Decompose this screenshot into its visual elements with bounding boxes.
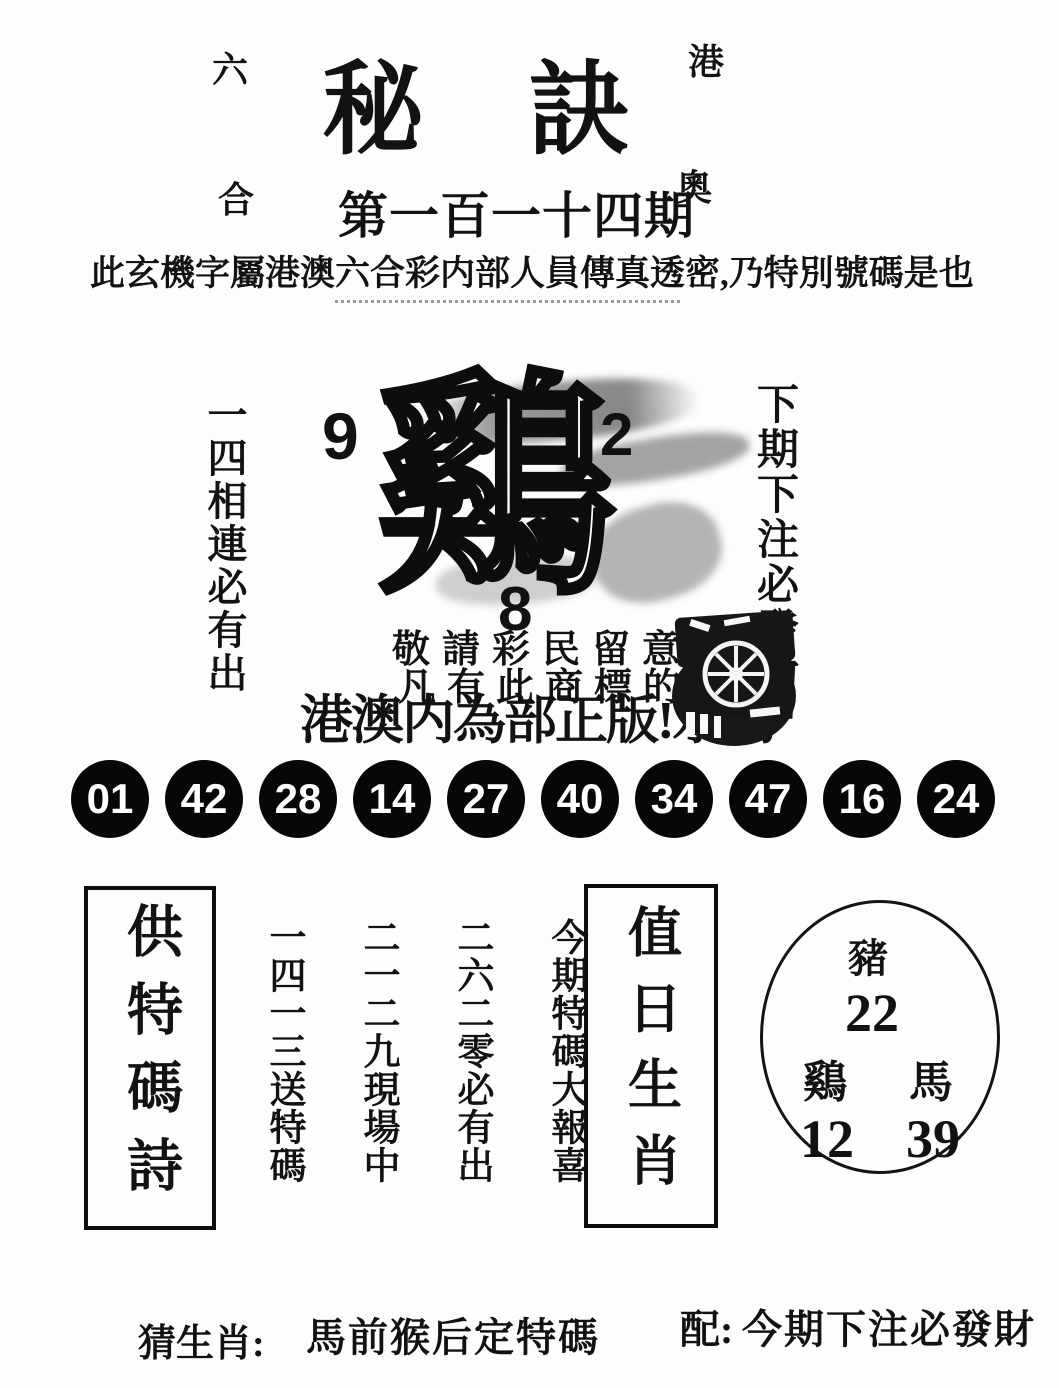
guess-zodiac-label: 猜生肖:	[138, 1312, 265, 1367]
lottery-number-ball: 14	[353, 760, 431, 838]
zodiac-horse-number: 39	[906, 1108, 960, 1170]
pair-label: 配:	[680, 1298, 733, 1355]
lottery-number-ball: 34	[635, 760, 713, 838]
zodiac-rooster-number: 12	[800, 1108, 854, 1170]
page-title: 秘訣	[322, 58, 734, 165]
duty-zodiac-box-label: 值日生肖	[613, 904, 690, 1208]
left-vertical-slogan: 一四相連必有出	[196, 394, 253, 695]
poem-column-3: 二一二九現場中	[350, 918, 404, 1190]
lottery-number-ball: 47	[729, 760, 807, 838]
duty-zodiac-box: 值日生肖	[584, 884, 718, 1228]
zodiac-pig-label: 豬	[848, 927, 888, 984]
lottery-number-ball: 28	[259, 760, 337, 838]
lottery-number-ball: 27	[447, 760, 525, 838]
trademark-ink-stamp-icon	[672, 608, 806, 748]
subtitle-line: 此玄機字屬港澳六合彩内部人員傳真透密,乃特別號碼是也	[90, 246, 974, 296]
zodiac-big-character-rooster: 鷄	[376, 372, 614, 610]
issue-number: 第一百一十四期	[338, 176, 695, 248]
lottery-number-ball: 16	[823, 760, 901, 838]
poem-column-4: 一四一三送特碼	[256, 918, 310, 1190]
corner-char-hap: 合	[218, 172, 254, 223]
lottery-number-row: 01 42 28 14 27 40 34 47 16 24	[71, 760, 995, 838]
special-code-poem-box-label: 供特碼詩	[110, 902, 190, 1214]
corner-char-six: 六	[212, 42, 248, 93]
pair-value: 今期下注必發財	[742, 1298, 1036, 1355]
zodiac-pig-number: 22	[845, 982, 899, 1044]
lottery-number-ball: 01	[71, 760, 149, 838]
guess-zodiac-value: 馬前猴后定特碼	[306, 1306, 600, 1363]
zodiac-horse-label: 馬	[909, 1046, 953, 1110]
special-code-poem-box: 供特碼詩	[84, 886, 216, 1230]
hint-digit-2: 2	[600, 400, 633, 469]
lottery-number-ball: 24	[917, 760, 995, 838]
lottery-number-ball: 40	[541, 760, 619, 838]
zodiac-rooster-label: 鷄	[803, 1046, 847, 1110]
dotted-line-artifact	[335, 300, 680, 303]
lottery-number-ball: 42	[165, 760, 243, 838]
poem-column-2: 二六二零必有出	[444, 918, 498, 1190]
poem-columns: 今期特碼大報喜 二六二零必有出 二一二九現場中 一四一三送特碼	[256, 918, 592, 1190]
hint-digit-9: 9	[322, 398, 359, 474]
zodiac-circle: 豬 22 鷄 馬 12 39	[760, 900, 1000, 1174]
